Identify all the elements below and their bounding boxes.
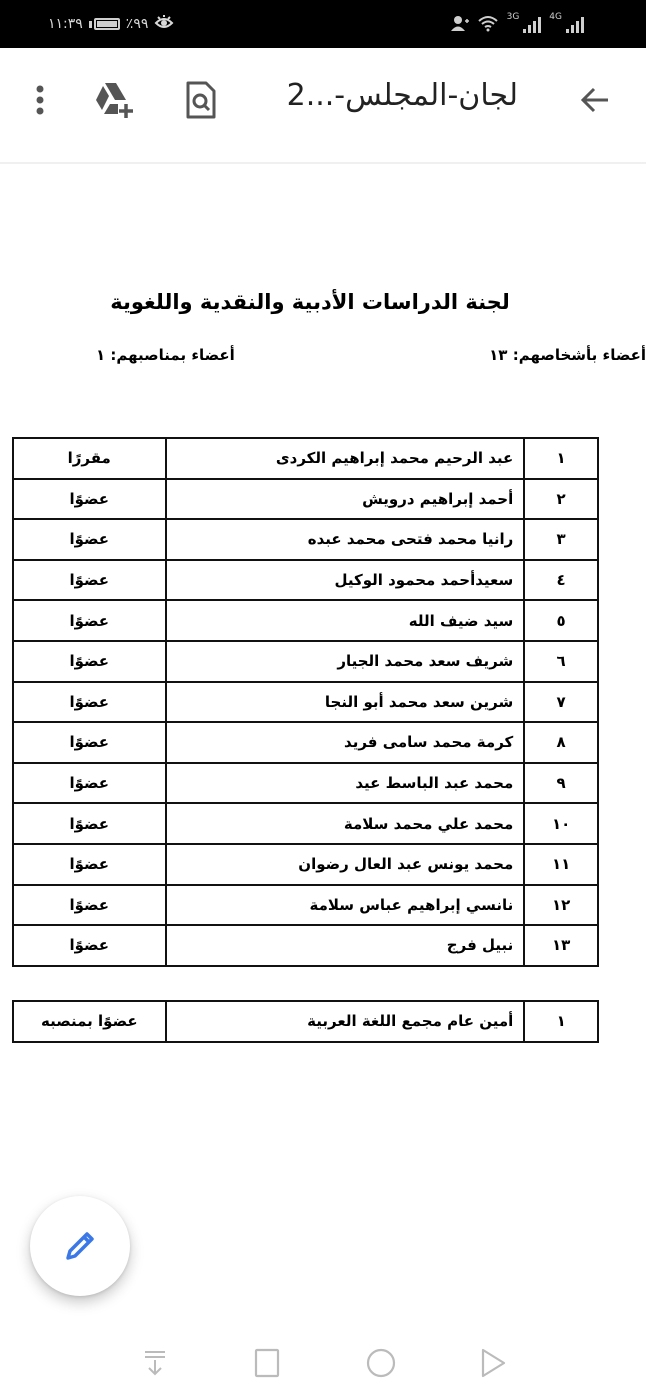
members-table: ١عبد الرحيم محمد إبراهيم الكردىمقررًا٢أح… [12,437,599,967]
recents-icon [252,1348,282,1378]
table-row: ٨كرمة محمد سامى فريدعضوًا [13,722,598,763]
table-row: ١١محمد يونس عبد العال رضوانعضوًا [13,844,598,885]
table-row: ٦شريف سعد محمد الجيارعضوًا [13,641,598,682]
document-title: لجان-المجلس-...2 [287,78,518,113]
member-role: عضوًا [13,803,166,844]
member-role: مقررًا [13,438,166,479]
app-bar: لجان-المجلس-...2 [0,48,646,164]
committee-title: لجنة الدراسات الأدبية والنقدية واللغوية [100,290,520,314]
table-row: ٤سعيدأحمد محمود الوكيلعضوًا [13,560,598,601]
row-number: ١٠ [524,803,598,844]
edit-pencil-icon [62,1228,98,1264]
system-nav-bar [0,1330,646,1400]
member-role: عضوًا [13,479,166,520]
battery-icon [94,18,120,30]
member-name: سعيدأحمد محمود الوكيل [166,560,525,601]
row-number: ٩ [524,763,598,804]
more-options-button[interactable] [28,80,52,120]
table-row: ٩محمد عبد الباسط عيدعضوًا [13,763,598,804]
row-number: ٨ [524,722,598,763]
row-number: ١١ [524,844,598,885]
battery-cap [89,21,92,28]
member-name: كرمة محمد سامى فريد [166,722,525,763]
recents-button[interactable] [250,1346,284,1380]
notification-pull-button[interactable] [138,1346,172,1380]
member-name: شريف سعد محمد الجيار [166,641,525,682]
member-role: عضوًا [13,763,166,804]
back-nav-button[interactable] [476,1346,510,1380]
signal-3g-icon [523,15,541,33]
drive-add-icon [92,80,136,120]
member-name: محمد يونس عبد العال رضوان [166,844,525,885]
table-row: ١٣نبيل فرجعضوًا [13,925,598,966]
signal-4g-icon [566,15,584,33]
table-row: ١أمين عام مجمع اللغة العربيةعضوًا بمنصبه [13,1001,598,1042]
member-name: عبد الرحيم محمد إبراهيم الكردى [166,438,525,479]
member-role: عضوًا [13,885,166,926]
edit-fab-button[interactable] [30,1196,130,1296]
network-4g-label: 4G [549,12,562,22]
home-icon [365,1347,397,1379]
member-role: عضوًا [13,844,166,885]
arrow-back-icon [576,80,616,120]
ex-officio-table: ١أمين عام مجمع اللغة العربيةعضوًا بمنصبه [12,1000,599,1043]
table-row: ١٢نانسي إبراهيم عباس سلامةعضوًا [13,885,598,926]
table-row: ١٠محمد علي محمد سلامةعضوًا [13,803,598,844]
member-name: نبيل فرج [166,925,525,966]
row-number: ٤ [524,560,598,601]
row-number: ١ [524,438,598,479]
table-row: ٧شرين سعد محمد أبو النجاعضوًا [13,682,598,723]
member-name: شرين سعد محمد أبو النجا [166,682,525,723]
row-number: ٢ [524,479,598,520]
member-role: عضوًا [13,600,166,641]
member-name: محمد علي محمد سلامة [166,803,525,844]
status-bar: ١١:٣٩ ٪٩٩ 3G 4G [0,0,646,48]
member-name: نانسي إبراهيم عباس سلامة [166,885,525,926]
notification-pull-icon [140,1348,170,1378]
row-number: ٣ [524,519,598,560]
back-button[interactable] [576,80,616,120]
row-number: ١ [524,1001,598,1042]
member-name: رانيا محمد فتحى محمد عبده [166,519,525,560]
user-add-icon [451,14,469,35]
member-name: محمد عبد الباسط عيد [166,763,525,804]
battery-percent: ٪٩٩ [126,16,149,32]
table-row: ٥سيد ضيف اللهعضوًا [13,600,598,641]
find-in-page-icon [184,80,218,120]
member-role: عضوًا [13,722,166,763]
table-row: ٣رانيا محمد فتحى محمد عبدهعضوًا [13,519,598,560]
row-number: ٥ [524,600,598,641]
home-button[interactable] [364,1346,398,1380]
find-in-page-button[interactable] [184,80,218,120]
eye-comfort-icon [154,13,174,35]
member-name: سيد ضيف الله [166,600,525,641]
row-number: ١٣ [524,925,598,966]
status-left: ١١:٣٩ ٪٩٩ [48,12,174,36]
member-role: عضوًا [13,641,166,682]
more-vert-icon [28,80,52,120]
table-row: ١عبد الرحيم محمد إبراهيم الكردىمقررًا [13,438,598,479]
member-role: عضوًا [13,560,166,601]
member-name: أحمد إبراهيم درويش [166,479,525,520]
row-number: ٧ [524,682,598,723]
member-name: أمين عام مجمع اللغة العربية [166,1001,525,1042]
network-3g-label: 3G [507,12,520,22]
members-by-position: أعضاء بمناصبهم: ١ [96,346,235,364]
member-role: عضوًا [13,925,166,966]
member-role: عضوًا بمنصبه [13,1001,166,1042]
add-to-drive-button[interactable] [92,80,136,120]
status-right: 3G 4G [451,12,584,36]
row-number: ١٢ [524,885,598,926]
table-row: ٢أحمد إبراهيم درويشعضوًا [13,479,598,520]
member-role: عضوًا [13,682,166,723]
members-by-person: أعضاء بأشخاصهم: ١٣ [489,346,646,364]
clock: ١١:٣٩ [48,16,83,32]
member-role: عضوًا [13,519,166,560]
wifi-icon [477,14,499,35]
back-icon [478,1347,508,1379]
row-number: ٦ [524,641,598,682]
